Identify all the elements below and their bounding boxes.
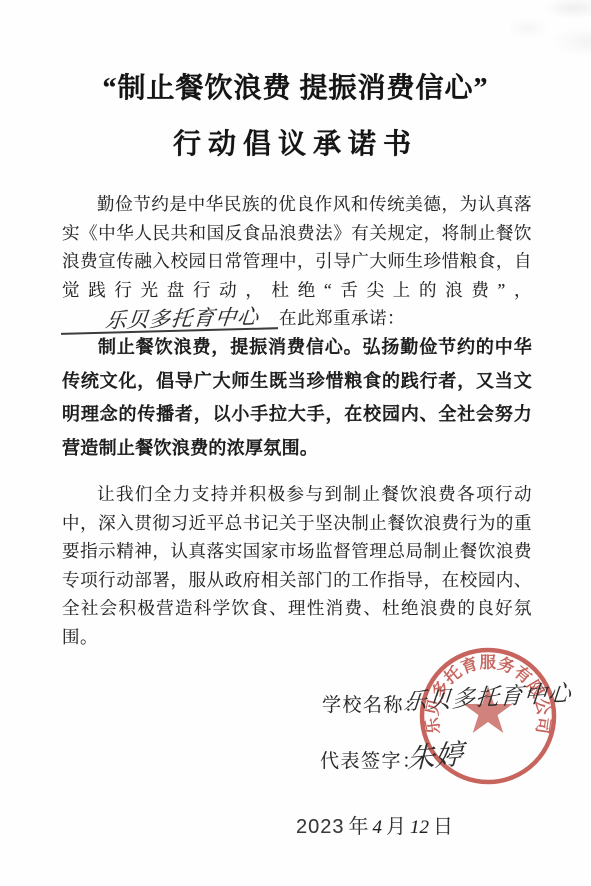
paragraph-pledge-intro-text: 勤俭节约是中华民族的优良作风和传统美德，为认真落实《中华人民共和国反食品浪费法》… — [62, 194, 532, 300]
document-title-line2: 行动倡议承诺书 — [0, 122, 591, 162]
paragraph-action: 让我们全力支持并积极参与到制止餐饮浪费各项行动中，深入贯彻习近平总书记关于坚决制… — [62, 480, 532, 651]
school-name-handwritten: 乐贝多托育中心 — [403, 675, 574, 717]
date-day-unit: 日 — [433, 816, 453, 838]
pledge-document-page: “制止餐饮浪费 提振消费信心” 行动倡议承诺书 勤俭节约是中华民族的优良作风和传… — [0, 0, 591, 886]
date-day-handwritten: 12 — [410, 817, 429, 838]
paragraph-pledge-intro: 勤俭节约是中华民族的优良作风和传统美德，为认真落实《中华人民共和国反食品浪费法》… — [62, 190, 532, 333]
document-title-line1: “制止餐饮浪费 提振消费信心” — [0, 66, 591, 106]
date-line: 2023年4月12日 — [296, 810, 457, 839]
paragraph-commitment: 制止餐饮浪费，提振消费信心。弘扬勤俭节约的中华传统文化，倡导广大师生既当珍惜粮食… — [62, 331, 532, 465]
representative-signature-handwritten: 朱婷 — [407, 732, 464, 777]
date-year-unit: 年 — [349, 816, 369, 838]
date-year: 2023 — [296, 816, 345, 838]
date-month-handwritten: 4 — [373, 817, 383, 838]
date-month-unit: 月 — [386, 816, 406, 838]
paragraph-pledge-intro-tail: 在此郑重承诺： — [279, 308, 405, 328]
